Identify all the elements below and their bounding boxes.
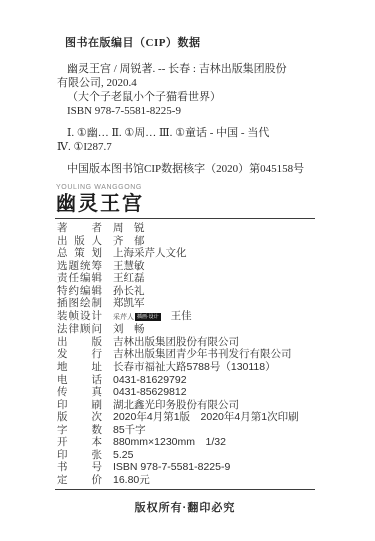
credit-value: 上海采芹人文化 xyxy=(113,247,187,260)
credit-row: 发行吉林出版集团青少年书刊发行有限公司 xyxy=(57,348,317,361)
credit-row: 责任编辑王红磊 xyxy=(57,272,317,285)
isbn-line: ISBN 978-7-5581-8225-9 xyxy=(57,104,319,118)
credits-list: 著者周 锐出版人齐 郁总策划上海采芹人文化选题统筹王慧敏责任编辑王红磊特约编辑孙… xyxy=(57,222,317,486)
credit-label: 出版 xyxy=(57,336,102,349)
credit-row: 开本880mm×1230mm 1/32 xyxy=(57,436,317,449)
credit-row: 装帧设计采芹人插画·设计王佳 xyxy=(57,310,317,324)
credit-label: 定价 xyxy=(57,474,102,487)
credit-label: 特约编辑 xyxy=(57,285,102,298)
credit-value: 郑凯军 xyxy=(113,297,145,310)
credit-row: 总策划上海采芹人文化 xyxy=(57,247,317,260)
cip-record-line2: 有限公司, 2020.4 xyxy=(57,76,319,90)
credit-value: 85千字 xyxy=(113,424,146,437)
copyright-notice: 版权所有·翻印必究 xyxy=(55,499,315,515)
spacer xyxy=(57,154,319,162)
cip-record-line1: 幽灵王宫 / 周锐著. -- 长春 : 吉林出版集团股份 xyxy=(57,62,319,76)
credit-label: 开本 xyxy=(57,436,102,449)
credit-label: 责任编辑 xyxy=(57,272,102,285)
credit-row: 特约编辑孙长礼 xyxy=(57,285,317,298)
credit-value: 16.80元 xyxy=(113,474,150,487)
credit-label: 字数 xyxy=(57,424,102,437)
spacer xyxy=(57,118,319,126)
credit-value: 孙长礼 xyxy=(113,285,145,298)
credit-label: 出版人 xyxy=(57,235,102,248)
credit-label: 发行 xyxy=(57,348,102,361)
credit-value-text: 王佳 xyxy=(171,310,192,322)
credit-value: 2020年4月第1版 2020年4月第1次印刷 xyxy=(113,411,299,424)
credit-label: 版次 xyxy=(57,411,102,424)
credit-row: 地址长春市福祉大路5788号（130118） xyxy=(57,361,317,374)
credit-row: 出版人齐 郁 xyxy=(57,235,317,248)
credit-label: 电话 xyxy=(57,374,102,387)
divider-rule-top xyxy=(55,218,315,219)
credit-value: 齐 郁 xyxy=(113,235,145,248)
credit-row: 插图绘制郑凯军 xyxy=(57,297,317,310)
title-block: YOULING WANGGONG 幽灵王宫 xyxy=(56,184,144,216)
credit-row: 版次2020年4月第1版 2020年4月第1次印刷 xyxy=(57,411,317,424)
credit-label: 装帧设计 xyxy=(57,310,102,323)
credit-label: 书号 xyxy=(57,461,102,474)
credit-row: 印刷湖北鑫光印务股份有限公司 xyxy=(57,399,317,412)
credit-label: 法律顾问 xyxy=(57,323,102,336)
credit-value: ISBN 978-7-5581-8225-9 xyxy=(113,461,230,474)
credit-row: 法律顾问刘 畅 xyxy=(57,323,317,336)
credit-row: 书号ISBN 978-7-5581-8225-9 xyxy=(57,461,317,474)
title-pinyin: YOULING WANGGONG xyxy=(56,184,144,191)
credit-row: 著者周 锐 xyxy=(57,222,317,235)
credit-label: 总策划 xyxy=(57,247,102,260)
book-title: 幽灵王宫 xyxy=(56,192,144,216)
design-studio-badge: 插画·设计 xyxy=(135,313,161,321)
credit-row: 电话0431-81629792 xyxy=(57,374,317,387)
credit-value: 0431-81629792 xyxy=(113,374,187,387)
classification-line1: Ⅰ. ①幽… Ⅱ. ①周… Ⅲ. ①童话 - 中国 - 当代 xyxy=(57,126,319,140)
credit-label: 印张 xyxy=(57,449,102,462)
credit-row: 选题统筹王慧敏 xyxy=(57,260,317,273)
design-studio-logo: 采芹人 xyxy=(113,313,134,321)
credit-value: 刘 畅 xyxy=(113,323,145,336)
credit-row: 字数85千字 xyxy=(57,424,317,437)
credit-label: 印刷 xyxy=(57,399,102,412)
credit-value: 吉林出版集团青少年书刊发行有限公司 xyxy=(113,348,292,361)
credit-value: 湖北鑫光印务股份有限公司 xyxy=(113,399,239,412)
cip-heading: 图书在版编目（CIP）数据 xyxy=(57,36,319,50)
divider-rule-bottom xyxy=(55,489,315,490)
credit-value: 880mm×1230mm 1/32 xyxy=(113,436,226,449)
credit-row: 传真0431-85629812 xyxy=(57,386,317,399)
cip-registry-number: 中国版本图书馆CIP数据核字（2020）第045158号 xyxy=(57,162,319,176)
series-note: （大个子老鼠小个子猫看世界） xyxy=(57,90,319,104)
credit-label: 插图绘制 xyxy=(57,297,102,310)
credit-value: 0431-85629812 xyxy=(113,386,187,399)
credit-value: 长春市福祉大路5788号（130118） xyxy=(113,361,276,374)
cip-data-block: 图书在版编目（CIP）数据 幽灵王宫 / 周锐著. -- 长春 : 吉林出版集团… xyxy=(57,36,319,176)
credit-value: 周 锐 xyxy=(113,222,145,235)
credit-label: 著者 xyxy=(57,222,102,235)
credit-value: 吉林出版集团股份有限公司 xyxy=(113,336,239,349)
credit-label: 传真 xyxy=(57,386,102,399)
credit-value: 采芹人插画·设计王佳 xyxy=(113,310,192,324)
credit-value: 王红磊 xyxy=(113,272,145,285)
credit-value: 王慧敏 xyxy=(113,260,145,273)
classification-line2: Ⅳ. ①I287.7 xyxy=(57,140,319,154)
copyright-page: 图书在版编目（CIP）数据 幽灵王宫 / 周锐著. -- 长春 : 吉林出版集团… xyxy=(0,0,375,541)
credit-value: 5.25 xyxy=(113,449,133,462)
credit-row: 出版吉林出版集团股份有限公司 xyxy=(57,336,317,349)
credit-label: 选题统筹 xyxy=(57,260,102,273)
credit-row: 定价16.80元 xyxy=(57,474,317,487)
credit-label: 地址 xyxy=(57,361,102,374)
credit-row: 印张5.25 xyxy=(57,449,317,462)
